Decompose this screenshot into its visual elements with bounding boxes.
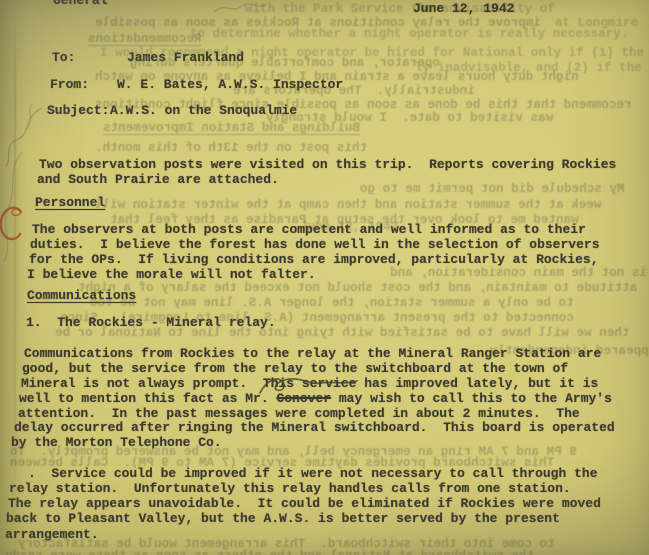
bleedthrough-line: week at the summer station and then camp…	[95, 199, 601, 212]
pencil-scribble	[212, 0, 268, 16]
memo-date: June 12, 1942	[413, 2, 514, 15]
memo-page: with the Park Service the advisability o…	[0, 0, 649, 555]
memo-to-value: James Frankland	[127, 51, 244, 64]
memo-line: for the OPs. If living conditions are im…	[29, 253, 599, 266]
memo-to-label: To:	[52, 51, 75, 64]
memo-line: The observers at both posts are competen…	[32, 223, 586, 236]
pen-scrawl-correction	[256, 372, 362, 398]
memo-line: duties. I believe the forest has done we…	[30, 238, 600, 251]
memo-line: by the Morton Telephone Co.	[11, 436, 222, 449]
memo-line: and South Prairie are attached.	[37, 173, 279, 186]
memo-top-partial-word: General	[53, 0, 108, 7]
memo-line: . Service could be improved if it were n…	[28, 467, 598, 480]
bleedthrough-line: Recommendations	[88, 33, 201, 46]
memo-line: attention. In the past messages were com…	[18, 407, 580, 420]
memo-line: delay occurred after ringing the Mineral…	[14, 421, 615, 434]
memo-line: I believe the morale will not falter.	[27, 268, 316, 281]
bleedthrough-line: this post on the 13th of this month.	[95, 142, 367, 155]
memo-subject-value: A.W.S. on the Snoqualmie	[110, 104, 297, 117]
strikeout-line-post: may wish to call this to the Army's	[331, 391, 612, 406]
paper-crease	[14, 0, 16, 555]
memo-line: arrangement.	[5, 528, 99, 541]
bleedthrough-line: is not the main consideration, and	[390, 267, 647, 280]
memo-subject-label: Subject:	[47, 104, 109, 117]
memo-from-value: W. E. Bates, A.W.S. Inspector	[117, 78, 343, 91]
memo-line: back to Pleasant Valley, but the A.W.S. …	[6, 512, 560, 525]
bleedthrough-line: to be only a summer station, the longer …	[90, 297, 574, 310]
section-heading-communications: Communications	[27, 289, 136, 302]
memo-from-label: From:	[50, 78, 89, 91]
strikeout-line-pre: well to mention this fact as Mr.	[19, 391, 276, 406]
memo-line: relay station. Unfortunately this relay …	[9, 482, 571, 495]
memo-line: Communications from Rockies to the relay…	[24, 347, 601, 360]
section-heading-personnel: Personnel	[35, 196, 105, 209]
bleedthrough-line: attitude to maintain, and the cost shoul…	[78, 282, 637, 295]
bleedthrough-line: Buildings and Station Improvements	[103, 122, 360, 135]
bleedthrough-line: the switchboard at National and the othe…	[5, 550, 534, 555]
bleedthrough-line: improve the relay conditions at Rockies …	[95, 17, 541, 30]
memo-list-item: 1. The Rockies - Mineral relay.	[26, 316, 276, 329]
memo-line: Two observation posts were visited on th…	[39, 158, 616, 171]
bleedthrough-line: My schedule did not permit me to go	[360, 183, 625, 196]
memo-line: The relay appears unavoidable. It could …	[8, 497, 601, 510]
